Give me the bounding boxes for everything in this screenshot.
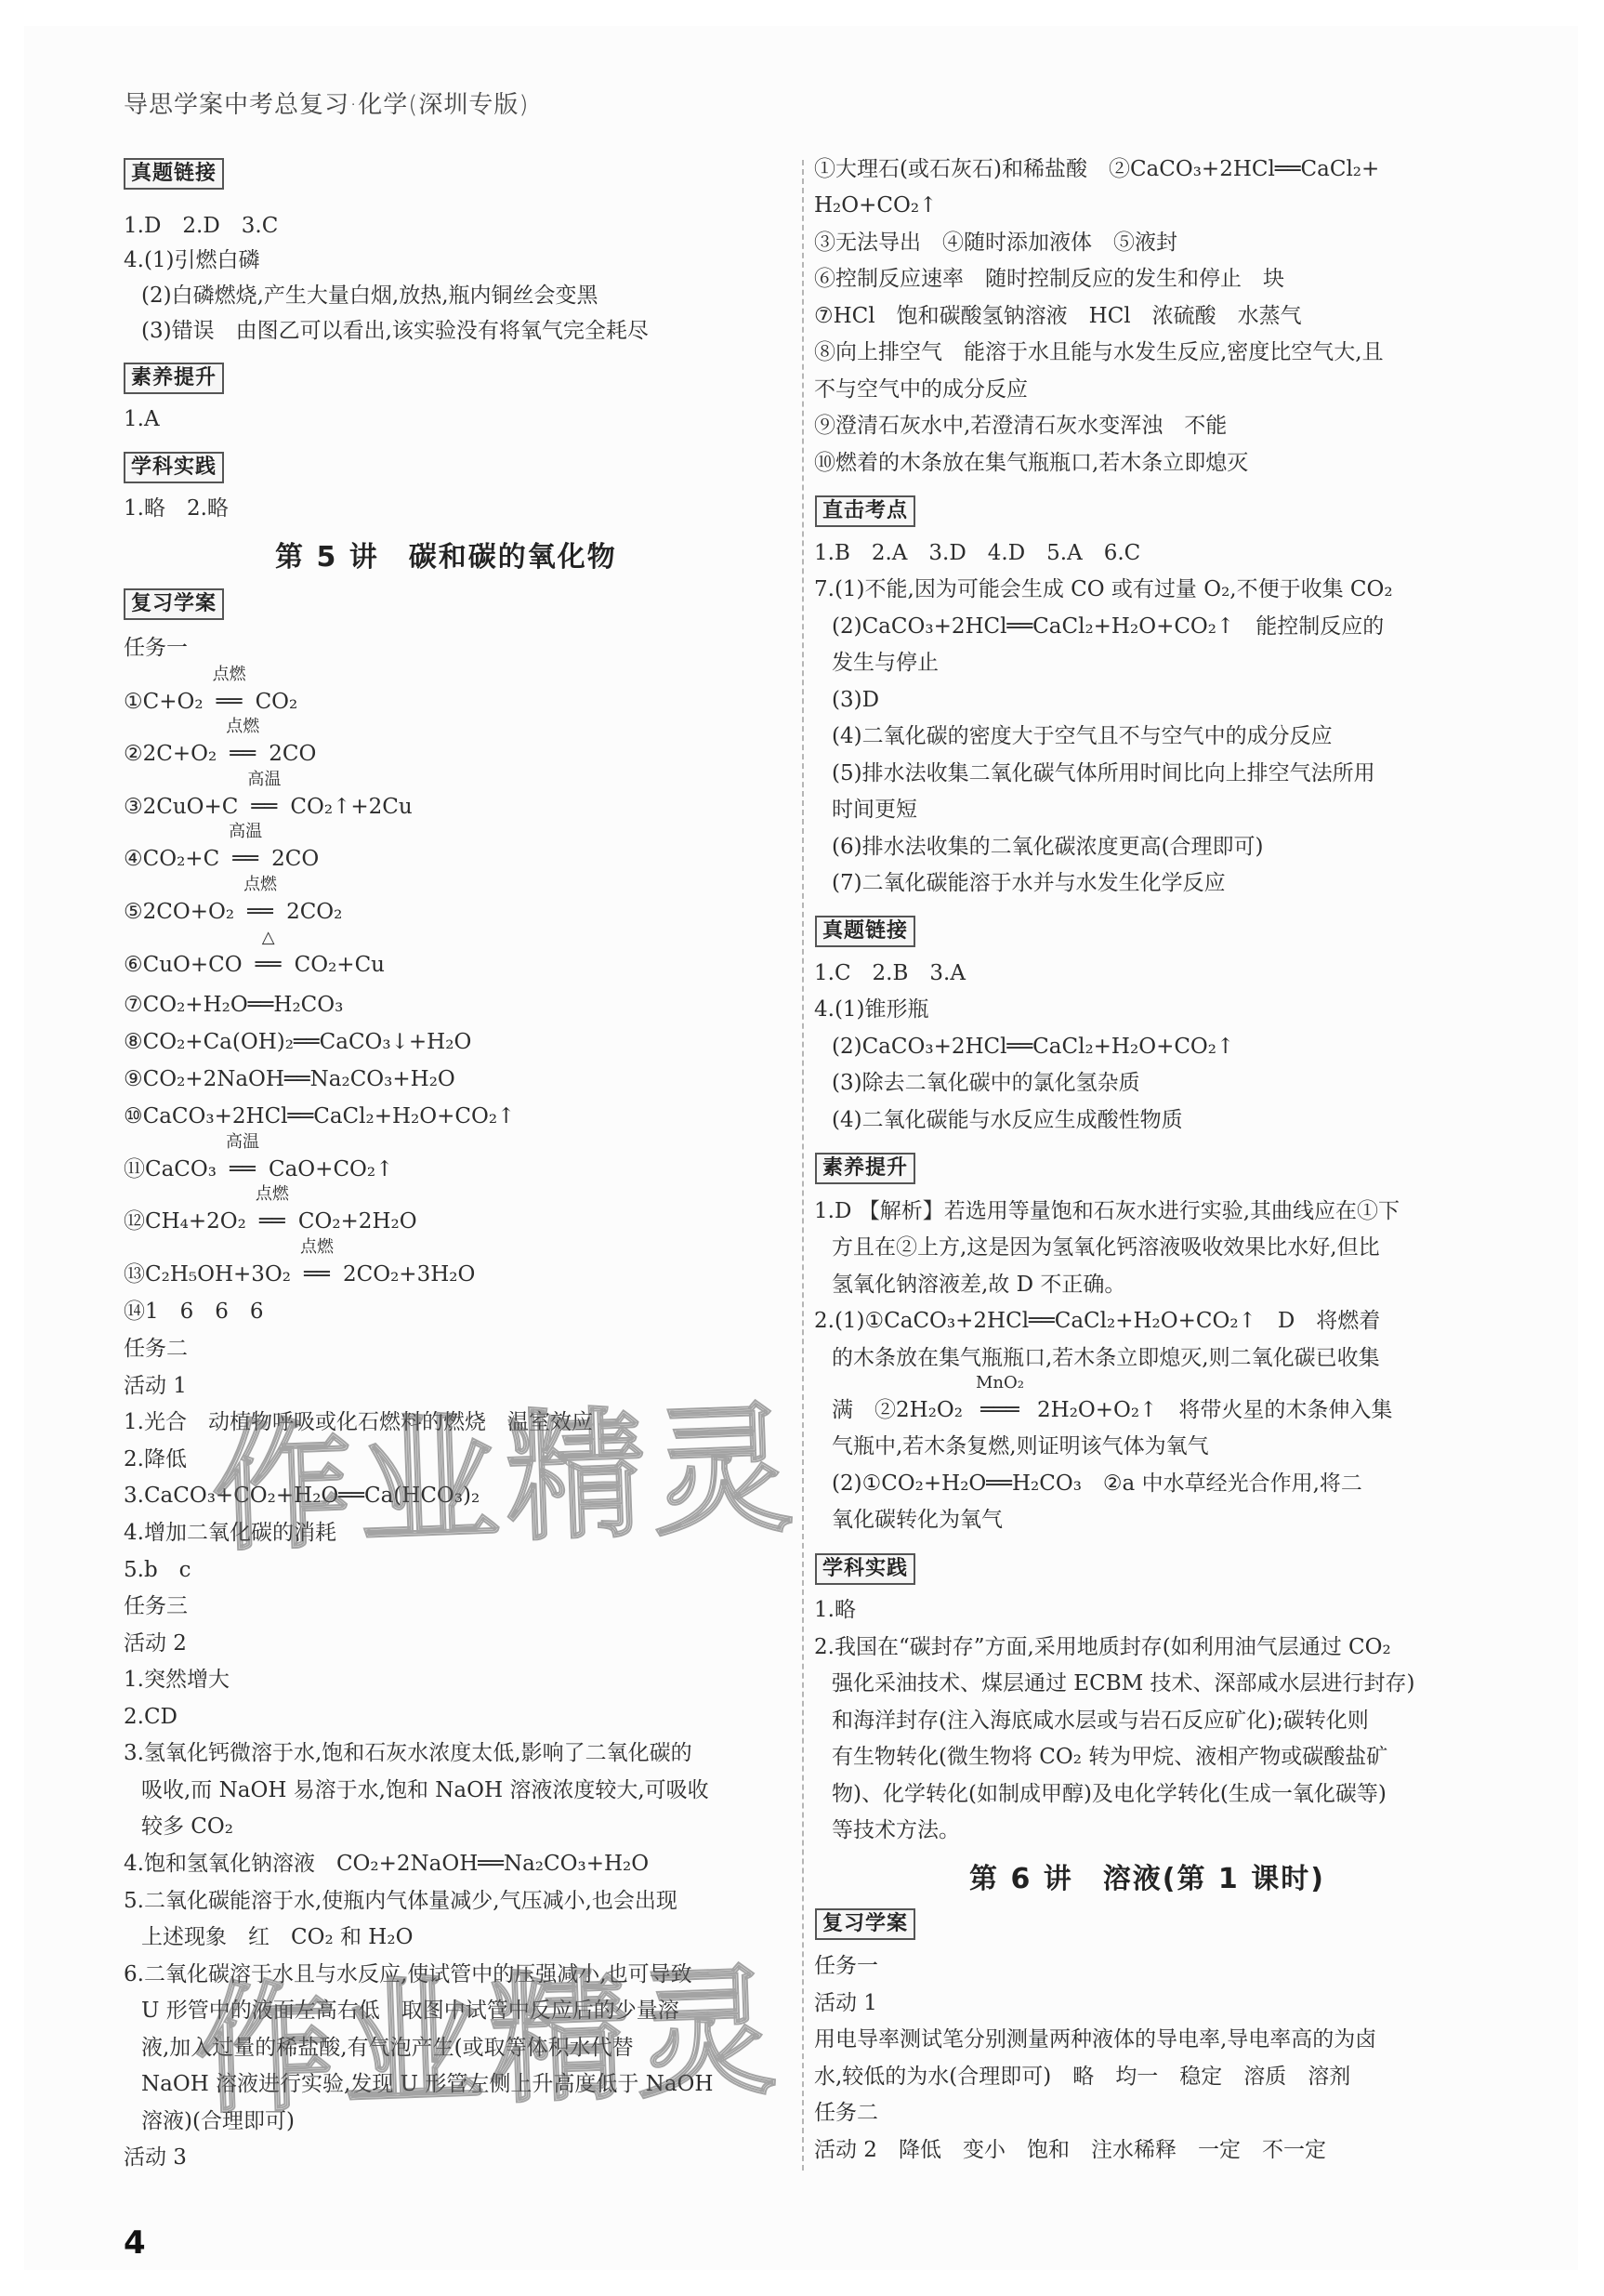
answer-line: 6.二氧化碳溶于水且与水反应,使试管中的压强减小,也可导致	[124, 1960, 692, 1988]
answer-line: 上述现象 红 CO₂ 和 H₂O	[141, 1923, 413, 1951]
answer-line: 强化采油技术、煤层通过 ECBM 技术、深部咸水层进行封存)	[832, 1669, 1414, 1697]
answer-line: 1.略	[814, 1596, 856, 1624]
answer-line: 1.B 2.A 3.D 4.D 5.A 6.C	[814, 539, 1140, 567]
equation-3: ③2CuO+C高温══CO₂↑+2Cu	[124, 793, 413, 821]
answer-line: 气瓶中,若木条复燃,则证明该气体为氧气	[832, 1432, 1209, 1460]
answer-line: 和海洋封存(注入海底咸水层或与岩石反应矿化);碳转化则	[832, 1707, 1369, 1735]
answer-line: (7)二氧化碳能溶于水并与水发生化学反应	[832, 869, 1226, 897]
answer-line: 物)、化学转化(如制成甲醇)及电化学转化(生成一氧化碳等)	[832, 1780, 1387, 1808]
equation-1: ①C+O₂点燃══CO₂	[124, 688, 297, 716]
answer-line: 4.增加二氧化碳的消耗	[124, 1519, 336, 1547]
answer-line: 的木条放在集气瓶瓶口,若木条立即熄灭,则二氧化碳已收集	[832, 1344, 1380, 1372]
answer-line: 7.(1)不能,因为可能会生成 CO 或有过量 O₂,不便于收集 CO₂	[814, 575, 1393, 603]
answer-line: 等技术方法。	[832, 1816, 960, 1844]
answer-line: ⑦HCl 饱和碳酸氢钠溶液 HCl 浓硫酸 水蒸气	[814, 302, 1302, 330]
equation-2: ②2C+O₂点燃══2CO	[124, 740, 316, 768]
column-divider	[802, 160, 804, 2171]
chapter-title-5: 第 5 讲 碳和碳的氧化物	[275, 534, 617, 574]
section-label-xueke-2: 学科实践	[815, 1553, 915, 1585]
answer-line: 氢氧化钠溶液差,故 D 不正确。	[832, 1271, 1125, 1299]
answer-line: 3.CaCO₃+CO₂+H₂O══Ca(HCO₃)₂	[124, 1482, 480, 1510]
activity-heading: 活动 1	[124, 1372, 187, 1400]
activity-heading: 活动 3	[124, 2144, 187, 2171]
equation-5: ⑤2CO+O₂点燃══2CO₂	[124, 898, 342, 926]
answer-line: (3)除去二氧化碳中的氯化氢杂质	[832, 1069, 1140, 1097]
task-heading: 任务三	[124, 1592, 188, 1620]
equation-8: ⑧CO₂+Ca(OH)₂══CaCO₃↓+H₂O	[124, 1028, 471, 1056]
answer-line: 1.C 2.B 3.A	[814, 959, 966, 987]
task-heading: 任务一	[814, 1952, 878, 1980]
running-header: 导思学案中考总复习·化学(深圳专版)	[124, 86, 530, 120]
answer-line: (2)①CO₂+H₂O══H₂CO₃ ②a 中水草经光合作用,将二	[832, 1470, 1362, 1498]
answer-line: 2.降低	[124, 1445, 187, 1473]
answer-line: 4.(1)引燃白磷	[124, 246, 260, 274]
answer-line: 液,加入过量的稀盐酸,有气泡产生(或取等体积水代替	[141, 2034, 634, 2062]
answer-line: 吸收,而 NaOH 易溶于水,饱和 NaOH 溶液浓度较大,可吸收	[141, 1776, 709, 1804]
answer-line: 水,较低的为水(合理即可) 略 均一 稳定 溶质 溶剂	[814, 2063, 1350, 2091]
answer-line: 1.D 【解析】若选用等量饱和石灰水进行实验,其曲线应在①下	[814, 1197, 1400, 1225]
task-heading: 任务一	[124, 634, 188, 662]
answer-line: 2.我国在“碳封存”方面,采用地质封存(如利用油气层通过 CO₂	[814, 1633, 1391, 1661]
answer-line: 2.CD	[124, 1703, 177, 1731]
section-label-fuxi-2: 复习学案	[815, 1908, 915, 1940]
answer-line: (4)二氧化碳的密度大于空气且不与空气中的成分反应	[832, 722, 1333, 750]
answer-line: 1.D 2.D 3.C	[124, 212, 278, 240]
answer-line: (4)二氧化碳能与水反应生成酸性物质	[832, 1106, 1183, 1134]
answer-line: NaOH 溶液进行实验,发现 U 形管左侧上升高度低于 NaOH	[141, 2070, 713, 2098]
equation-13: ⑬C₂H₅OH+3O₂点燃══2CO₂+3H₂O	[124, 1260, 475, 1288]
section-label-xueke: 学科实践	[124, 452, 224, 483]
section-label-suyang-2: 素养提升	[815, 1153, 915, 1184]
answer-line: 1.略 2.略	[124, 495, 229, 522]
answer-line: 溶液)(合理即可)	[141, 2107, 295, 2135]
answer-line: 1.A	[124, 405, 160, 433]
answer-line: 用电导率测试笔分别测量两种液体的导电率,导电率高的为卤	[814, 2025, 1376, 2053]
answer-line: (2)CaCO₃+2HCl══CaCl₂+H₂O+CO₂↑	[832, 1033, 1234, 1061]
equation-10: ⑩CaCO₃+2HCl══CaCl₂+H₂O+CO₂↑	[124, 1102, 515, 1130]
answer-line: (3)D	[832, 686, 879, 714]
answer-line: 方且在②上方,这是因为氢氧化钙溶液吸收效果比水好,但比	[832, 1234, 1380, 1261]
page-number: 4	[124, 2224, 146, 2262]
answer-line: (2)白磷燃烧,产生大量白烟,放热,瓶内铜丝会变黑	[141, 282, 598, 310]
answer-line: 4.饱和氢氧化钠溶液 CO₂+2NaOH══Na₂CO₃+H₂O	[124, 1850, 649, 1878]
answer-line: ⑧向上排空气 能溶于水且能与水发生反应,密度比空气大,且	[814, 338, 1384, 366]
equation-11: ⑪CaCO₃高温══CaO+CO₂↑	[124, 1155, 393, 1183]
answer-line: 5.b c	[124, 1556, 191, 1584]
answer-line: ③无法导出 ④随时添加液体 ⑤液封	[814, 229, 1177, 257]
answer-line: H₂O+CO₂↑	[814, 191, 937, 219]
task-heading: 任务二	[124, 1335, 188, 1363]
answer-line: ⑥控制反应速率 随时控制反应的发生和停止 块	[814, 265, 1284, 293]
section-label-zhiji: 直击考点	[815, 495, 915, 527]
answer-line: ⑨澄清石灰水中,若澄清石灰水变浑浊 不能	[814, 412, 1227, 440]
answer-line: 4.(1)锥形瓶	[814, 996, 929, 1023]
section-label-fuxi: 复习学案	[124, 588, 224, 620]
section-label-zhenti: 真题链接	[124, 158, 224, 190]
equation-9: ⑨CO₂+2NaOH══Na₂CO₃+H₂O	[124, 1065, 455, 1093]
section-label-zhenti-2: 真题链接	[815, 916, 915, 947]
task-heading: 任务二	[814, 2099, 878, 2127]
answer-line: 3.氢氧化钙微溶于水,饱和石灰水浓度太低,影响了二氧化碳的	[124, 1739, 692, 1767]
answer-line: 2.(1)①CaCO₃+2HCl══CaCl₂+H₂O+CO₂↑ D 将燃着	[814, 1307, 1380, 1335]
answer-line: 不与空气中的成分反应	[814, 376, 1028, 403]
answer-line: U 形管中的液面左高右低 取图中试管中反应后的少量溶	[141, 1997, 679, 2025]
answer-line: 较多 CO₂	[141, 1813, 233, 1841]
answer-line: 有生物转化(微生物将 CO₂ 转为甲烷、液相产物或碳酸盐矿	[832, 1743, 1387, 1771]
answer-line: ⑩燃着的木条放在集气瓶瓶口,若木条立即熄灭	[814, 449, 1248, 477]
activity-heading: 活动 2	[124, 1630, 187, 1657]
chapter-title-6: 第 6 讲 溶液(第 1 课时)	[969, 1855, 1325, 1896]
equation-mno2: 满 ②2H₂O₂MnO₂═══2H₂O+O₂↑ 将带火星的木条伸入集	[832, 1396, 1392, 1424]
equation-14: ⑭1 6 6 6	[124, 1298, 264, 1326]
answer-line: (5)排水法收集二氧化碳气体所用时间比向上排空气法所用	[832, 759, 1375, 787]
equation-7: ⑦CO₂+H₂O══H₂CO₃	[124, 991, 343, 1019]
answer-line: ①大理石(或石灰石)和稀盐酸 ②CaCO₃+2HCl══CaCl₂+	[814, 155, 1379, 183]
answer-line: 时间更短	[832, 796, 917, 824]
answer-line: (2)CaCO₃+2HCl══CaCl₂+H₂O+CO₂↑ 能控制反应的	[832, 613, 1384, 640]
answer-line: (6)排水法收集的二氧化碳浓度更高(合理即可)	[832, 833, 1264, 861]
answer-line: 活动 2 降低 变小 饱和 注水稀释 一定 不一定	[814, 2136, 1326, 2164]
answer-line: 5.二氧化碳能溶于水,使瓶内气体量减少,气压减小,也会出现	[124, 1887, 677, 1915]
equation-6: ⑥CuO+CO△══CO₂+Cu	[124, 951, 385, 979]
section-label-suyang: 素养提升	[124, 363, 224, 394]
answer-line: 发生与停止	[832, 649, 939, 677]
answer-line: (3)错误 由图乙可以看出,该实验没有将氧气完全耗尽	[141, 317, 649, 345]
equation-4: ④CO₂+C高温══2CO	[124, 845, 319, 873]
answer-line: 氧化碳转化为氧气	[832, 1506, 1003, 1534]
answer-line: 1.突然增大	[124, 1666, 230, 1694]
equation-12: ⑫CH₄+2O₂点燃══CO₂+2H₂O	[124, 1207, 417, 1235]
activity-heading: 活动 1	[814, 1989, 877, 2017]
answer-line: 1.光合 动植物呼吸或化石燃料的燃烧 温室效应	[124, 1408, 593, 1436]
